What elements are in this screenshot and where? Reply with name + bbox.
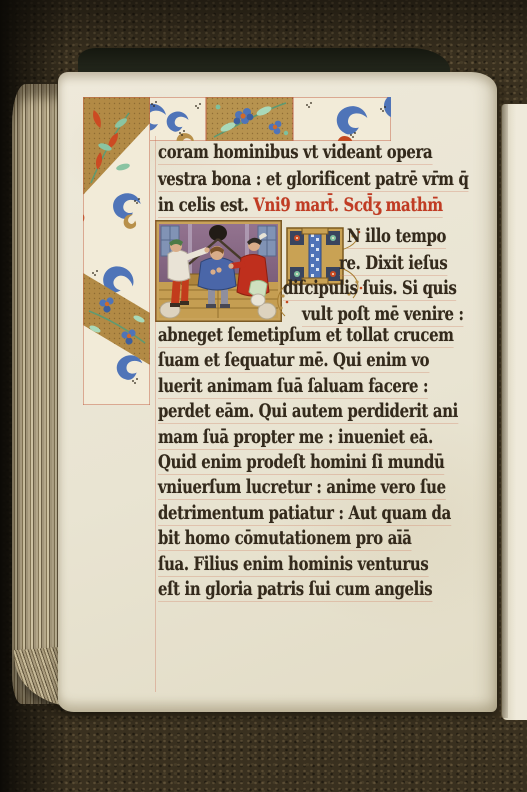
miniature-painting: [155, 220, 282, 322]
manuscript-page: coram hominibus vt videant opera vestra …: [58, 72, 497, 712]
border-panel-acanthus-right: [293, 97, 391, 141]
text-line: perdet eām. Qui autem perdiderit ani: [158, 402, 458, 424]
text-segment: in celis est.: [158, 194, 249, 216]
text-line: N illo tempo: [347, 227, 446, 249]
text-line: Quid enim prodeſt homini ſi mundū: [158, 453, 445, 475]
border-left-art: [83, 97, 150, 405]
text-line: coram hominibus vt videant opera: [158, 143, 432, 165]
text-line: detrimentum patiatur : Aut quam da: [158, 504, 451, 526]
rubric-heading: Vni9 mart̄. Scd̄ʒ mathm̄: [253, 194, 442, 216]
text-line: eſt in gloria patris ſui cum angelis: [158, 580, 432, 602]
text-line-with-rubric: in celis est. Vni9 mart̄. Scd̄ʒ mathm̄: [158, 196, 443, 218]
text-line: luerit animam ſuā ſaluam facere :: [158, 377, 428, 399]
text-line: vniuerſum lucretur : anime vero ſue: [158, 478, 446, 500]
text-line: ſua. Filius enim hominis venturus: [158, 555, 428, 577]
text-line: ſuam et ſequatur mē. Qui enim vo: [158, 351, 429, 373]
text-line: diſcipulis ſuis. Si quis: [283, 279, 456, 301]
ruled-margin-line: [155, 136, 156, 692]
photograph-of-manuscript: coram hominibus vt videant opera vestra …: [0, 0, 527, 792]
text-line: abneget ſemetipſum et tollat crucem: [158, 326, 454, 348]
text-line: vestra bona : et glorificent patrē vr̄m …: [158, 170, 469, 192]
border-panel-flowers-gold: [206, 97, 293, 141]
text-line: mam ſuā propter me : inueniet eā.: [158, 428, 433, 450]
text-line: bit homo cōmutationem pro aīā: [158, 529, 412, 551]
border-left-decoration: [83, 97, 150, 405]
text-line: re. Dixit ieſus: [339, 254, 447, 276]
